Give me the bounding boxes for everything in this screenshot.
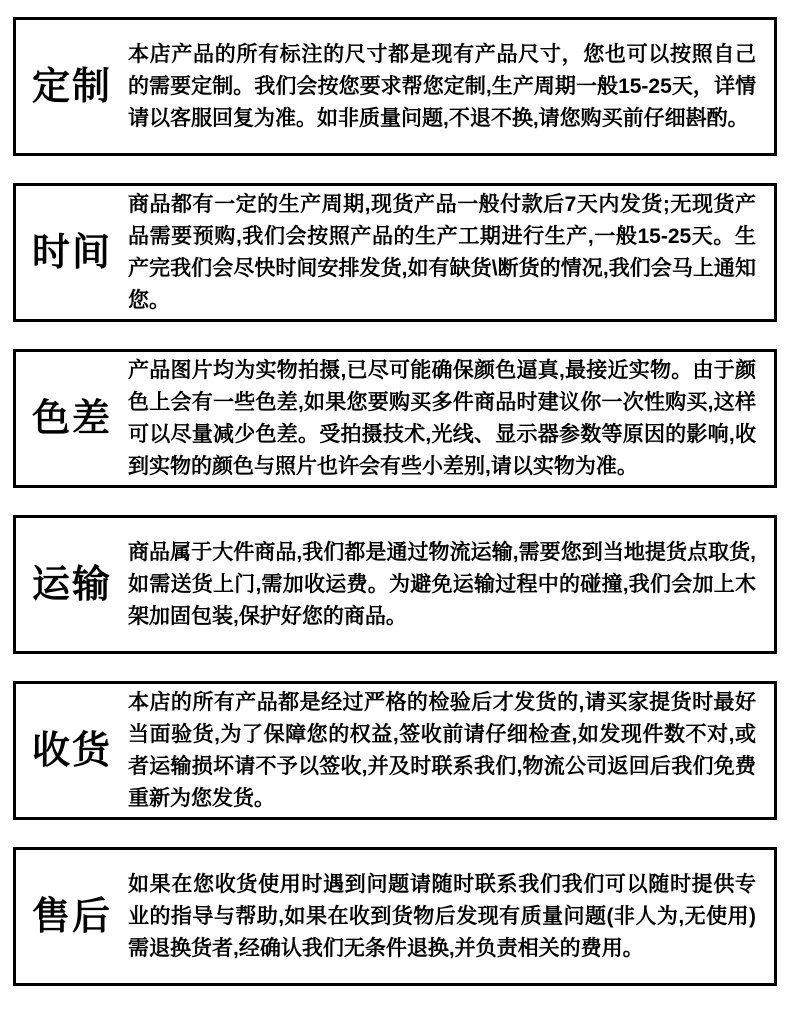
section-label-time: 时间 <box>16 234 128 272</box>
section-label-shipping: 运输 <box>16 566 128 604</box>
notice-section-customization: 定制 本店产品的所有标注的尺寸都是现有产品尺寸，您也可以按照自己的需要定制。我们… <box>13 17 777 156</box>
notice-section-shipping: 运输 商品属于大件商品,我们都是通过物流运输,需要您到当地提货点取货,如需送货上… <box>13 515 777 654</box>
section-text-color-difference: 产品图片均为实物拍摄,已尽可能确保颜色逼真,最接近实物。由于颜色上会有一些色差,… <box>128 355 774 483</box>
section-text-after-sales: 如果在您收货使用时遇到问题请随时联系我们我们可以随时提供专业的指导与帮助,如果在… <box>128 869 774 965</box>
notice-section-receiving: 收货 本店的所有产品都是经过严格的检验后才发货的,请买家提货时最好当面验货,为了… <box>13 681 777 820</box>
section-text-receiving: 本店的所有产品都是经过严格的检验后才发货的,请买家提货时最好当面验货,为了保障您… <box>128 687 774 815</box>
section-text-shipping: 商品属于大件商品,我们都是通过物流运输,需要您到当地提货点取货,如需送货上门,需… <box>128 537 774 633</box>
section-text-customization: 本店产品的所有标注的尺寸都是现有产品尺寸，您也可以按照自己的需要定制。我们会按您… <box>128 39 774 135</box>
section-label-customization: 定制 <box>16 68 128 106</box>
notice-section-color-difference: 色差 产品图片均为实物拍摄,已尽可能确保颜色逼真,最接近实物。由于颜色上会有一些… <box>13 349 777 488</box>
section-label-after-sales: 售后 <box>16 898 128 936</box>
section-label-receiving: 收货 <box>16 732 128 770</box>
section-text-time: 商品都有一定的生产周期,现货产品一般付款后7天内发货;无现货产品需要预购,我们会… <box>128 189 774 317</box>
product-notice-page: 定制 本店产品的所有标注的尺寸都是现有产品尺寸，您也可以按照自己的需要定制。我们… <box>0 0 790 1014</box>
notice-section-after-sales: 售后 如果在您收货使用时遇到问题请随时联系我们我们可以随时提供专业的指导与帮助,… <box>13 847 777 986</box>
section-label-color-difference: 色差 <box>16 400 128 438</box>
notice-section-time: 时间 商品都有一定的生产周期,现货产品一般付款后7天内发货;无现货产品需要预购,… <box>13 183 777 322</box>
